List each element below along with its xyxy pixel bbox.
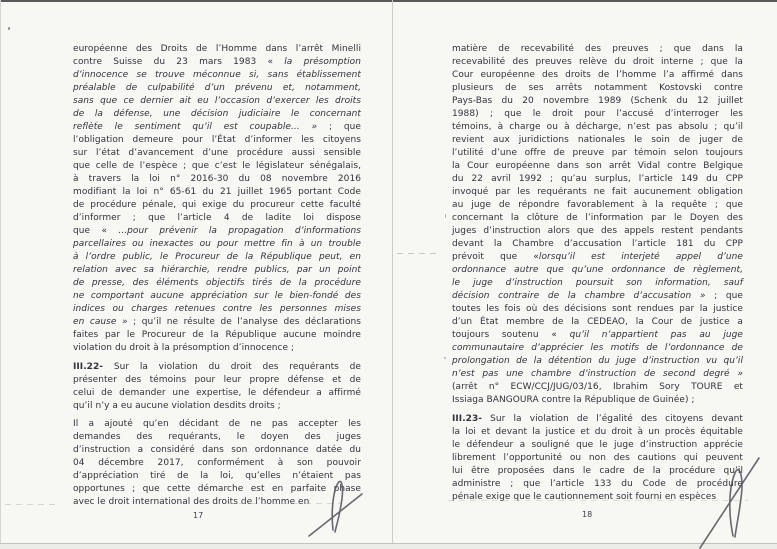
text-run: du 22 avril 1992 ; qu’au surplus, l’arti…: [452, 174, 743, 184]
text-line: préalable de culpabilité d’un prévenu et…: [73, 82, 361, 95]
text-line: toujours soutenu « qu’il n’appartient pa…: [452, 329, 743, 342]
text-run: indices ou charges retenues contre les p…: [73, 304, 361, 314]
text-run: administre ; que l’article 133 du Code d…: [452, 479, 743, 489]
text-line: à travers la loi n° 2016-30 du 08 novemb…: [73, 173, 361, 186]
scan-artifact-speck: [96, 121, 98, 123]
text-line: prévoit que «lorsqu’il est interjeté app…: [452, 251, 743, 264]
text-run: le défendeur a souligné que le juge d’in…: [452, 440, 743, 450]
text-line: juges d’instruction alors que des appels…: [452, 225, 743, 238]
text-run: de presse, des éléments objectifs tirés …: [73, 278, 361, 288]
text-line: communautaire d’apprécier les motifs de …: [452, 342, 743, 355]
page-18-text: matière de recevabilité des preuves ; qu…: [452, 43, 743, 504]
text-line: n’est pas une chambre d’instruction de s…: [452, 368, 743, 381]
text-line: indices ou charges retenues contre les p…: [73, 303, 361, 316]
scan-artifact-dashes: [397, 253, 437, 254]
text-run: invoqué par les requérants ne fait aucun…: [452, 187, 743, 197]
text-line: la loi et devant la justice et du droit …: [452, 426, 743, 439]
text-line: présenter des témoins pour leur propre d…: [73, 374, 361, 387]
text-run: d’un État membre de la CEDEAO, la Cour d…: [452, 317, 743, 327]
text-line: 1988) ; que le droit pour l’accusé d’int…: [452, 108, 743, 121]
text-run: Cour européenne des droits de l’homme l’…: [452, 70, 743, 80]
text-run: plusieurs de ses arrêts notamment Kostov…: [452, 83, 743, 93]
text-run: relation avec sa hiérarchie, rendre publ…: [73, 265, 361, 275]
text-run: modifiant la loi n° 65-61 du 21 juillet …: [73, 187, 361, 197]
text-line: faites par le Procureur de la République…: [73, 329, 361, 342]
text-line: sur l’état d’avancement d’une procédure …: [73, 147, 361, 160]
text-run: la loi et devant la justice et du droit …: [452, 427, 743, 437]
text-run: celui de demander une expertise, le défe…: [73, 388, 361, 398]
text-run: qu’il n’appartient pas au juge: [570, 330, 743, 340]
paragraph: matière de recevabilité des preuves ; qu…: [452, 43, 743, 407]
text-line: d’instruction a considéré dans son ordon…: [73, 444, 361, 457]
text-run: présenter des témoins pour leur propre d…: [73, 375, 361, 385]
text-run: opportunes ; que cette démarche est en p…: [73, 484, 361, 494]
text-line: plusieurs de ses arrêts notamment Kostov…: [452, 82, 743, 95]
text-run: d’informer ; que l’article 4 de ladite l…: [73, 213, 361, 223]
scanned-document: européenne des Droits de l’Homme dans l’…: [0, 0, 777, 549]
scan-artifact-dashes: [228, 503, 340, 504]
text-run: européenne des Droits de l’Homme dans l’…: [73, 44, 361, 54]
text-run: que «: [73, 226, 118, 236]
text-run: préalable de culpabilité d’un prévenu et…: [73, 83, 361, 93]
text-line: en cause » ; qu’il ne résulte de l’analy…: [73, 316, 361, 329]
text-run: au juge de répondre favorablement à la r…: [452, 200, 743, 210]
scan-artifact-speck: [8, 27, 10, 30]
text-line: concernant la clôture de l’information p…: [452, 212, 743, 225]
text-line: matière de recevabilité des preuves ; qu…: [452, 43, 743, 56]
text-line: relation avec sa hiérarchie, rendre publ…: [73, 264, 361, 277]
text-run: lorsqu’il est interjeté appel d’une: [539, 252, 743, 262]
text-run: 1988) ; que le droit pour l’accusé d’int…: [452, 109, 743, 119]
scanner-bed-strip: [0, 544, 777, 549]
text-run: ne comportant aucune appréciation sur le…: [73, 291, 361, 301]
text-run: concernant la clôture de l’information p…: [452, 213, 743, 223]
text-line: d’appréciation tiré de la loi, qu’elles …: [73, 470, 361, 483]
text-line: d’un État membre de la CEDEAO, la Cour d…: [452, 316, 743, 329]
text-run: 04 décembre 2017, conformément à son pou…: [73, 458, 361, 468]
text-line: la Cour européenne dans son arrêt Vidal …: [452, 160, 743, 173]
text-run: Issiaga BANGOURA contre la République de…: [452, 395, 695, 405]
text-run: prolongation de la détention du juge d’i…: [452, 356, 743, 366]
page-17-text: européenne des Droits de l’Homme dans l’…: [73, 43, 361, 509]
text-line: témoins, à charge ou à décharge, n’est p…: [452, 121, 743, 134]
text-line: décision contraire de la chambre d’accus…: [452, 290, 743, 303]
text-run: l’utilité d’une offre de preuve par témo…: [452, 148, 743, 158]
text-line: au juge de répondre favorablement à la r…: [452, 199, 743, 212]
text-line: que « ...pour prévenir la propagation d’…: [73, 225, 361, 238]
paragraph: européenne des Droits de l’Homme dans l’…: [73, 43, 361, 355]
page-18-number: 18: [582, 510, 592, 519]
text-run: Il a ajouté qu’en décidant de ne pas acc…: [73, 419, 361, 429]
paragraph: III.23- Sur la violation de l’égalité de…: [452, 413, 743, 504]
text-line: ordonnance autre que qu’une ordonnance d…: [452, 264, 743, 277]
text-run: la présomption: [284, 57, 361, 67]
text-line: violation du droit à la présomption d’in…: [73, 342, 361, 355]
text-line: 04 décembre 2017, conformément à son pou…: [73, 457, 361, 470]
text-run: sur l’état d’avancement d’une procédure …: [73, 148, 361, 158]
text-line: recevabilité des preuves relève du droit…: [452, 56, 743, 69]
text-run: à travers la loi n° 2016-30 du 08 novemb…: [73, 174, 361, 184]
text-line: du 22 avril 1992 ; qu’au surplus, l’arti…: [452, 173, 743, 186]
text-run: qu’il n’y a eu aucune violation desdits …: [73, 401, 281, 411]
text-run: n’est pas une chambre d’instruction de s…: [452, 369, 743, 379]
text-run: ; que: [714, 291, 743, 301]
text-run: devant la Chambre d’accusation l’article…: [452, 239, 743, 249]
text-run: décision contraire de la chambre d’accus…: [452, 291, 714, 301]
text-line: contre Suisse du 23 mars 1983 « la préso…: [73, 56, 361, 69]
text-run: avec le droit international des droits d…: [73, 497, 309, 507]
text-line: à l’ordre public, le Procureur de la Rép…: [73, 251, 361, 264]
text-line: d’innocence se trouve méconnue si, sans …: [73, 69, 361, 82]
text-run: en cause »: [73, 317, 133, 327]
text-run: recevabilité des preuves relève du droit…: [452, 57, 743, 67]
text-line: celui de demander une expertise, le défe…: [73, 387, 361, 400]
text-run: Sur la violation de l’égalité des citoye…: [482, 414, 743, 424]
text-run: toutes les fois où des décisions sont re…: [452, 304, 743, 314]
text-line: de procédure pénale, qui exige du procur…: [73, 199, 361, 212]
text-line: le défendeur a souligné que le juge d’in…: [452, 439, 743, 452]
text-line: III.22- Sur la violation du droit des re…: [73, 361, 361, 374]
text-line: toutes les fois où des décisions sont re…: [452, 303, 743, 316]
text-line: lui être proposées dans le cadre de la p…: [452, 465, 743, 478]
text-line: Cour européenne des droits de l’homme l’…: [452, 69, 743, 82]
paragraph: Il a ajouté qu’en décidant de ne pas acc…: [73, 418, 361, 509]
text-run: violation du droit à la présomption d’in…: [73, 343, 294, 353]
text-line: administre ; que l’article 133 du Code d…: [452, 478, 743, 491]
text-run: matière de recevabilité des preuves ; qu…: [452, 44, 743, 54]
text-run: ordonnance autre que qu’une ordonnance d…: [452, 265, 743, 275]
text-run: la Cour européenne dans son arrêt Vidal …: [452, 161, 743, 171]
text-line: invoqué par les requérants ne fait aucun…: [452, 186, 743, 199]
text-run: Pays-Bas du 20 novembre 1989 (Schenk du …: [452, 96, 743, 106]
text-run: à l’ordre public, le Procureur de la Rép…: [73, 252, 361, 262]
text-run: ...pour prévenir la propagation d’inform…: [118, 226, 361, 236]
text-run: l’obligation demeure pour l’État d’infor…: [73, 135, 361, 145]
scan-artifact-dashes: [448, 500, 748, 501]
text-line: reflète le sentiment qu’il est coupable.…: [73, 121, 361, 134]
text-line: ne comportant aucune appréciation sur le…: [73, 290, 361, 303]
text-line: de la défense, une décision judiciaire l…: [73, 108, 361, 121]
text-run: prévoit que «: [452, 252, 539, 262]
text-line: Il a ajouté qu’en décidant de ne pas acc…: [73, 418, 361, 431]
text-run: de procédure pénale, qui exige du procur…: [73, 200, 361, 210]
text-run: de la défense, une décision judiciaire l…: [73, 109, 361, 119]
text-run: parcellaires ou inexactes ou pour mettre…: [73, 239, 361, 249]
text-run: juges d’instruction alors que des appels…: [452, 226, 743, 236]
section-heading-label: III.22-: [73, 362, 103, 372]
text-line: librement l’opportunité ou non des cauti…: [452, 452, 743, 465]
text-run: faites par le Procureur de la République…: [73, 330, 361, 340]
text-line: devant la Chambre d’accusation l’article…: [452, 238, 743, 251]
text-run: sans que ce dernier ait eu l’occasion d’…: [73, 96, 361, 106]
text-line: l’utilité d’une offre de preuve par témo…: [452, 147, 743, 160]
text-line: III.23- Sur la violation de l’égalité de…: [452, 413, 743, 426]
text-line: revient aux juridictions nationales le s…: [452, 134, 743, 147]
text-line: d’informer ; que l’article 4 de ladite l…: [73, 212, 361, 225]
text-run: Sur la violation du droit des requérants…: [103, 362, 361, 372]
text-run: que celle de l’espèce ; que c’est le lég…: [73, 161, 361, 171]
text-run: ; que: [329, 122, 361, 132]
text-run: lui être proposées dans le cadre de la p…: [452, 466, 743, 476]
text-run: revient aux juridictions nationales le s…: [452, 135, 743, 145]
text-line: l’obligation demeure pour l’État d’infor…: [73, 134, 361, 147]
text-line: sans que ce dernier ait eu l’occasion d’…: [73, 95, 361, 108]
text-run: demandes des requérants, le doyen des ju…: [73, 432, 361, 442]
text-line: opportunes ; que cette démarche est en p…: [73, 483, 361, 496]
text-line: que celle de l’espèce ; que c’est le lég…: [73, 160, 361, 173]
text-run: librement l’opportunité ou non des cauti…: [452, 453, 743, 463]
text-line: Pays-Bas du 20 novembre 1989 (Schenk du …: [452, 95, 743, 108]
text-line: européenne des Droits de l’Homme dans l’…: [73, 43, 361, 56]
text-line: demandes des requérants, le doyen des ju…: [73, 431, 361, 444]
text-run: témoins, à charge ou à décharge, n’est p…: [452, 122, 743, 132]
scan-top-edge: [0, 0, 777, 2]
text-run: d’appréciation tiré de la loi, qu’elles …: [73, 471, 361, 481]
text-run: le juge d’instruction poursuit son infor…: [452, 278, 743, 288]
page-17-number: 17: [193, 511, 203, 520]
text-run: reflète le sentiment qu’il est coupable.…: [73, 122, 329, 132]
text-run: d’instruction a considéré dans son ordon…: [73, 445, 361, 455]
scan-artifact-speck: [444, 357, 446, 359]
text-line: parcellaires ou inexactes ou pour mettre…: [73, 238, 361, 251]
text-run: (arrêt n° ECW/CCJ/JUG/03/16, Ibrahim Sor…: [452, 382, 743, 392]
text-line: prolongation de la détention du juge d’i…: [452, 355, 743, 368]
text-line: de presse, des éléments objectifs tirés …: [73, 277, 361, 290]
text-line: Issiaga BANGOURA contre la République de…: [452, 394, 743, 407]
text-line: (arrêt n° ECW/CCJ/JUG/03/16, Ibrahim Sor…: [452, 381, 743, 394]
text-line: pénale exige que le cautionnement soit f…: [452, 491, 743, 504]
page-gutter-line: [392, 0, 393, 549]
text-run: contre Suisse du 23 mars 1983 «: [73, 57, 284, 67]
scan-left-edge: [0, 0, 1, 549]
scan-artifact-speck: [445, 214, 446, 218]
text-run: ; qu’il ne résulte de l’analyse des décl…: [133, 317, 361, 327]
scan-artifact-dashes: [5, 504, 57, 505]
text-line: qu’il n’y a eu aucune violation desdits …: [73, 400, 361, 413]
section-heading-label: III.23-: [452, 414, 482, 424]
text-run: toujours soutenu «: [452, 330, 570, 340]
text-line: modifiant la loi n° 65-61 du 21 juillet …: [73, 186, 361, 199]
text-run: communautaire d’apprécier les motifs de …: [452, 343, 743, 353]
text-run: d’innocence se trouve méconnue si, sans …: [73, 70, 361, 80]
paragraph: III.22- Sur la violation du droit des re…: [73, 361, 361, 413]
text-line: le juge d’instruction poursuit son infor…: [452, 277, 743, 290]
